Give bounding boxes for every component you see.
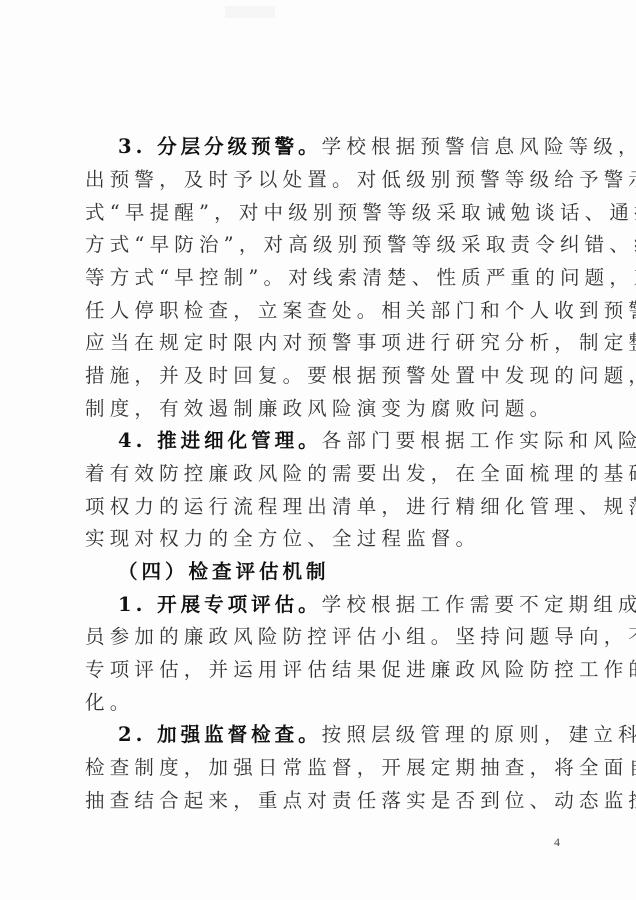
line-text: 任人停职检查，立案查处。相关部门和个人收到预警提示后，: [85, 299, 636, 322]
line-text: 学校根据工作需要不定期组成由相关人: [322, 593, 636, 616]
line-text: 制度，有效遏制廉政风险演变为腐败问题。: [85, 397, 554, 420]
page-number: 4: [554, 835, 560, 850]
line-text: 学校根据预警信息风险等级，分层级发: [322, 135, 636, 158]
text-line: 检查制度，加强日常监督，开展定期抽查，将全面自查与重点: [85, 752, 545, 784]
line-text: 着有效防控廉政风险的需要出发，在全面梳理的基础上，将各: [85, 462, 636, 485]
text-line: 抽查结合起来，重点对责任落实是否到位、动态监控是否实: [85, 785, 545, 817]
item-heading: 4. 推进细化管理。: [118, 429, 322, 452]
scan-artifact: [225, 6, 275, 18]
line-text: 措施，并及时回复。要根据预警处置中发现的问题，完善相关: [85, 364, 636, 387]
text-line: 等方式“早控制”。对线索清楚、性质严重的问题，对相关责: [85, 262, 545, 294]
text-line: 制度，有效遏制廉政风险演变为腐败问题。: [85, 393, 545, 425]
text-line: 措施，并及时回复。要根据预警处置中发现的问题，完善相关: [85, 360, 545, 392]
text-line: 着有效防控廉政风险的需要出发，在全面梳理的基础上，将各: [85, 458, 545, 490]
item-heading: 3. 分层分级预警。: [118, 135, 322, 158]
section-title: （四）检查评估机制: [118, 560, 330, 583]
line-text: 各部门要根据工作实际和风险状况，本: [322, 429, 636, 452]
line-text: 专项评估，并运用评估结果促进廉政风险防控工作的不断深: [85, 658, 636, 681]
line-text: 应当在规定时限内对预警事项进行研究分析，制定整改或防范: [85, 331, 636, 354]
paragraph-1-line-1: 1. 开展专项评估。学校根据工作需要不定期组成由相关人: [118, 589, 578, 621]
line-text: 实现对权力的全方位、全过程监督。: [85, 527, 480, 550]
section-heading: （四）检查评估机制: [118, 556, 578, 588]
text-line: 化。: [85, 687, 545, 719]
document-page: 3. 分层分级预警。学校根据预警信息风险等级，分层级发 出预警，及时予以处置。对…: [0, 0, 636, 900]
text-line: 任人停职检查，立案查处。相关部门和个人收到预警提示后，: [85, 295, 545, 327]
text-line: 专项评估，并运用评估结果促进廉政风险防控工作的不断深: [85, 654, 545, 686]
item-heading: 1. 开展专项评估。: [118, 593, 322, 616]
line-text: 项权力的运行流程理出清单，进行精细化管理、规范化操作，: [85, 495, 636, 518]
text-line: 项权力的运行流程理出清单，进行精细化管理、规范化操作，: [85, 491, 545, 523]
text-line: 员参加的廉政风险防控评估小组。坚持问题导向，不定期开展: [85, 621, 545, 653]
text-line: 方式“早防治”，对高级别预警等级采取责令纠错、组织处理: [85, 229, 545, 261]
text-line: 实现对权力的全方位、全过程监督。: [85, 523, 545, 555]
text-line: 应当在规定时限内对预警事项进行研究分析，制定整改或防范: [85, 327, 545, 359]
line-text: 等方式“早控制”。对线索清楚、性质严重的问题，对相关责: [85, 266, 636, 289]
line-text: 员参加的廉政风险防控评估小组。坚持问题导向，不定期开展: [85, 625, 636, 648]
line-text: 式“早提醒”，对中级别预警等级采取诫勉谈话、通报批评等: [85, 201, 636, 224]
paragraph-3-line-1: 3. 分层分级预警。学校根据预警信息风险等级，分层级发: [118, 131, 578, 163]
line-text: 抽查结合起来，重点对责任落实是否到位、动态监控是否实: [85, 789, 636, 812]
line-text: 方式“早防治”，对高级别预警等级采取责令纠错、组织处理: [85, 233, 636, 256]
paragraph-2-line-1: 2. 加强监督检查。按照层级管理的原则，建立科学的监督: [118, 719, 578, 751]
paragraph-4-line-1: 4. 推进细化管理。各部门要根据工作实际和风险状况，本: [118, 425, 578, 457]
text-line: 出预警，及时予以处置。对低级别预警等级给予警示提醒等方: [85, 164, 545, 196]
line-text: 按照层级管理的原则，建立科学的监督: [322, 723, 636, 746]
item-heading: 2. 加强监督检查。: [118, 723, 322, 746]
line-text: 检查制度，加强日常监督，开展定期抽查，将全面自查与重点: [85, 756, 636, 779]
text-line: 式“早提醒”，对中级别预警等级采取诫勉谈话、通报批评等: [85, 197, 545, 229]
line-text: 出预警，及时予以处置。对低级别预警等级给予警示提醒等方: [85, 168, 636, 191]
line-text: 化。: [85, 691, 134, 714]
